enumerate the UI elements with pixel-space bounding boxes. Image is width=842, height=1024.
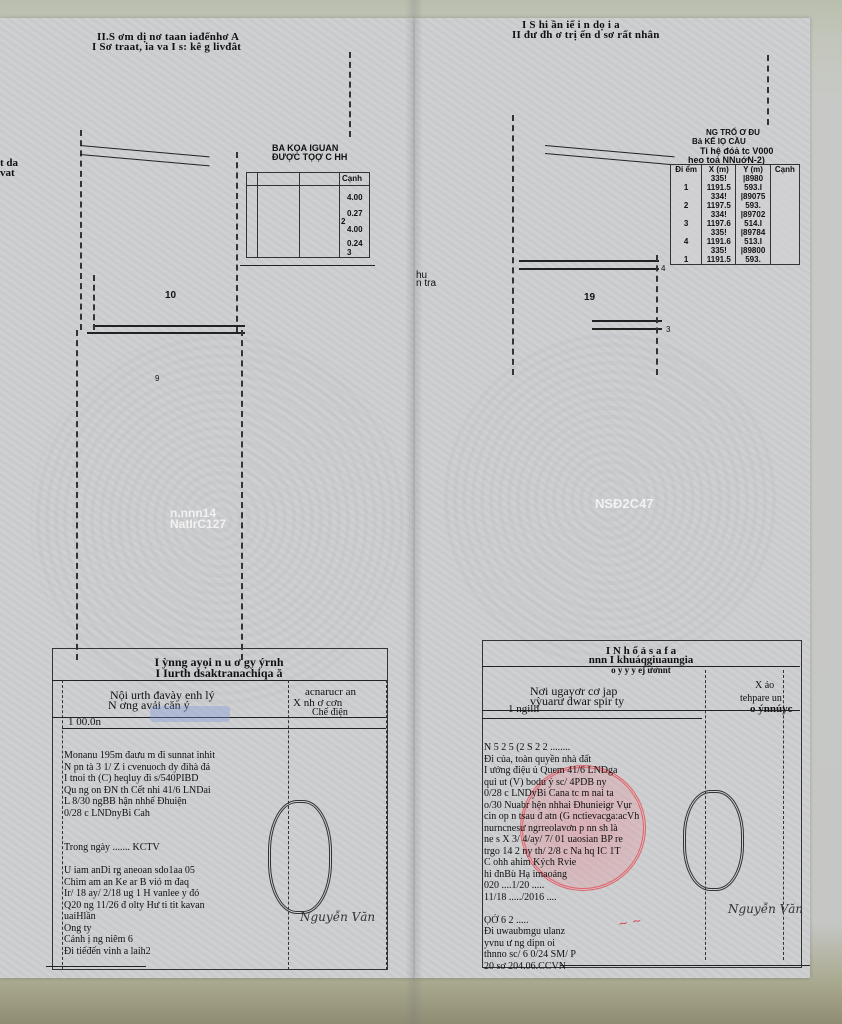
coord-row: 11191.5593.: [671, 255, 799, 264]
divider: [560, 965, 810, 966]
col-y: Y (m): [736, 165, 771, 174]
coord-cell-x: 1191.5: [702, 255, 736, 264]
watermark-number: n.nnn14 NatIrC127: [170, 508, 226, 530]
coord-cell-edge: [770, 183, 799, 192]
col-edge: Cạnh: [770, 165, 799, 174]
edge-value: 0.27: [347, 209, 363, 218]
coord-row: 335!|8980: [671, 174, 799, 183]
edge-value: 3: [347, 248, 351, 257]
coord-cell-pt: [671, 228, 702, 237]
coord-cell-x: 335!: [702, 246, 736, 255]
official-seal: [268, 800, 332, 914]
coord-cell-edge: [770, 201, 799, 210]
coord-cell-edge: [770, 255, 799, 264]
coord-cell-x: 1197.6: [702, 219, 736, 228]
coord-cell-pt: 2: [671, 201, 702, 210]
coord-cell-edge: [770, 246, 799, 255]
coord-cell-edge: [770, 219, 799, 228]
blue-ink-mark: [150, 706, 230, 722]
entry-date: 1 ngilll: [508, 703, 539, 715]
coord-row: 334!|89075: [671, 192, 799, 201]
coord-cell-pt: [671, 210, 702, 219]
edge-value: 4.00: [347, 225, 363, 234]
coord-cell-y: |8980: [736, 174, 771, 183]
coord-cell-edge: [770, 237, 799, 246]
coord-cell-y: 593.: [736, 201, 771, 210]
edge-value: 4.00: [347, 193, 363, 202]
divider: [46, 966, 146, 967]
plot-label: 19: [584, 292, 595, 303]
coord-cell-pt: 1: [671, 183, 702, 192]
col-point: Đi ểm: [671, 165, 702, 174]
right-side-label: hu n tra: [416, 272, 436, 288]
boundary-line: [512, 115, 514, 375]
coord-caption: NG TRỐ Ơ ĐU: [706, 128, 760, 137]
coord-cell-pt: 4: [671, 237, 702, 246]
coord-cell-x: 334!: [702, 210, 736, 219]
coord-cell-x: 335!: [702, 174, 736, 183]
boundary-line: [592, 328, 662, 330]
official-seal: [683, 790, 744, 891]
signature: Nguyễn Văn: [728, 902, 803, 916]
left-change-content: Monanu 195m đaưu m đi sunnat inhit N pn …: [64, 750, 294, 957]
coord-cell-y: |89075: [736, 192, 771, 201]
col-edge: Cạnh: [342, 174, 362, 183]
corner-label: 3: [666, 325, 670, 334]
col-header-content-2: vỳuarư dwar spir ty: [530, 694, 624, 709]
coord-row: 11191.5593.I: [671, 183, 799, 192]
coord-cell-y: |89800: [736, 246, 771, 255]
coord-cell-y: 513.I: [736, 237, 771, 246]
plot-label: 10: [165, 290, 176, 301]
column-line: [62, 680, 63, 970]
coord-cell-y: 593.: [736, 255, 771, 264]
divider: [52, 680, 386, 681]
coord-cell-y: 593.I: [736, 183, 771, 192]
boundary-line: [236, 152, 238, 332]
coord-row: 335!|89784: [671, 228, 799, 237]
coord-cell-y: |89784: [736, 228, 771, 237]
coord-cell-x: 335!: [702, 228, 736, 237]
coord-cell-x: 1191.6: [702, 237, 736, 246]
coord-cell-pt: [671, 246, 702, 255]
coord-cell-pt: 1: [671, 255, 702, 264]
signature: Nguyễn Văn: [300, 910, 375, 924]
coord-cell-y: 514.I: [736, 219, 771, 228]
parcel-table: Cạnh 4.00 0.27 2 4.00 0.24 3: [246, 172, 370, 258]
boundary-line: [76, 330, 78, 660]
col-header-cert-3: o ýnnúyc: [750, 703, 793, 715]
coord-cell-x: 334!: [702, 192, 736, 201]
coord-row: 21197.5593.: [671, 201, 799, 210]
watermark-number: NSĐ2C47: [595, 498, 654, 509]
boundary-line: [519, 260, 659, 262]
boundary-line: [519, 268, 659, 270]
coord-row: 334!|89702: [671, 210, 799, 219]
divider: [240, 265, 375, 266]
boundary-line: [592, 320, 662, 322]
boundary-line: [241, 330, 243, 660]
plot-corner-label: 9: [155, 374, 159, 383]
coord-row: 41191.6513.I: [671, 237, 799, 246]
coord-cell-x: 1197.5: [702, 201, 736, 210]
parcel-table-subtitle: ĐƯỢC TỌỢ C HH: [272, 152, 347, 162]
edge-value: 0.24: [347, 239, 363, 248]
north-arrow: [349, 52, 351, 137]
page-fold: [405, 0, 423, 1024]
watermark-line: NatIrC127: [170, 519, 226, 530]
divider: [62, 728, 386, 729]
corner-label: 4: [661, 264, 665, 273]
boundary-line: [87, 332, 245, 334]
divider: [482, 718, 702, 719]
coord-cell-pt: [671, 192, 702, 201]
coord-cell-edge: [770, 192, 799, 201]
coord-row: 31197.6514.I: [671, 219, 799, 228]
coord-caption-2: Bả KẾ IỌ CẦU: [692, 137, 746, 146]
col-x: X (m): [702, 165, 736, 174]
coord-row: 335!|89800: [671, 246, 799, 255]
column-line: [386, 680, 387, 970]
coord-cell-pt: 3: [671, 219, 702, 228]
coord-cell-edge: [770, 228, 799, 237]
right-changes-subtitle-2: o y y y ej ươnnt: [482, 664, 800, 676]
left-changes-subtitle: I Iurth dsaktranachiqa ă: [52, 667, 386, 679]
coord-cell-y: |89702: [736, 210, 771, 219]
col-header-cert: X ảo: [755, 680, 774, 691]
entry-date: 1 00.0n: [68, 716, 101, 728]
left-header-line2: I Sơ traat, ia va I s: kê g livđât: [92, 42, 241, 53]
coord-cell-edge: [770, 210, 799, 219]
boundary-line: [656, 255, 658, 375]
north-arrow: [767, 55, 769, 125]
left-side-text: t da vat: [0, 158, 18, 178]
coord-cell-x: 1191.5: [702, 183, 736, 192]
boundary-line: [80, 130, 82, 330]
coord-cell-edge: [770, 174, 799, 183]
boundary-line: [93, 275, 95, 330]
edge-value: 2: [341, 217, 345, 226]
coord-cell-pt: [671, 174, 702, 183]
boundary-line: [95, 325, 245, 327]
right-change-content: N 5 2 5 (2 S 2 2 ........ Đi của, toàn q…: [484, 742, 704, 972]
coordinate-table: Đi ểm X (m) Y (m) Cạnh 335!|898011191.55…: [670, 164, 800, 265]
right-header-line2: II đư đh ơ trị ến d sơ rất nhân: [512, 30, 660, 41]
